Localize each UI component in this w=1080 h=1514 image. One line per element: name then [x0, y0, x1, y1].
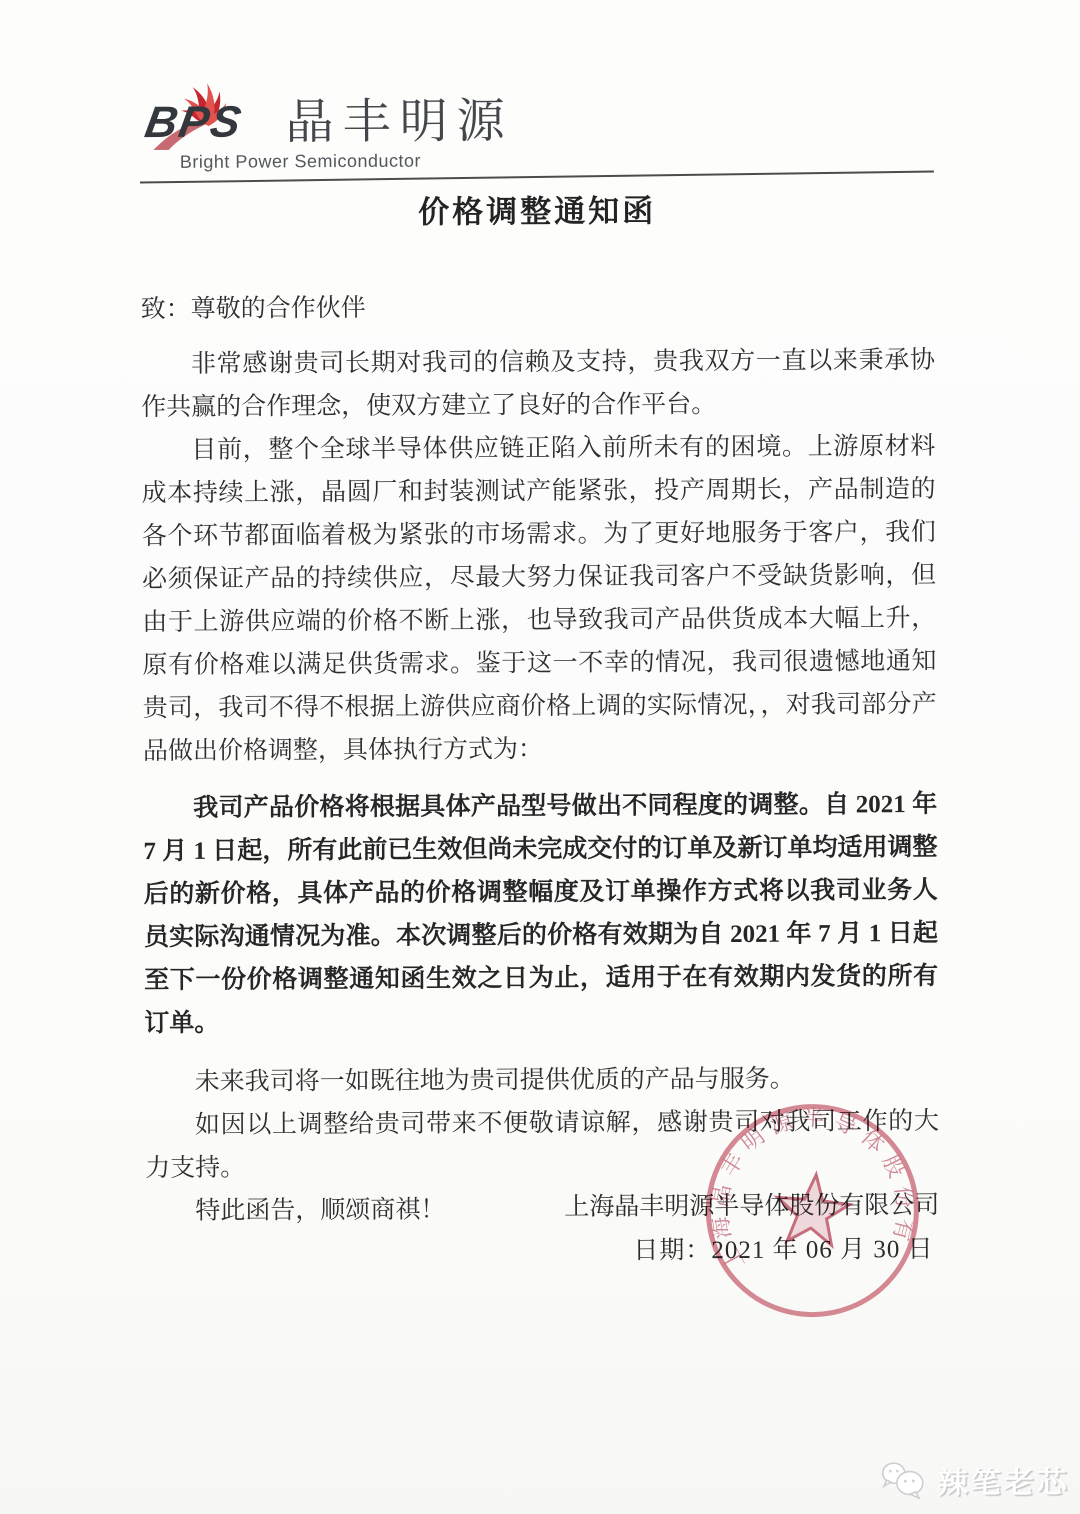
letter-page: BPS 晶丰明源 Bright Power Semiconductor 价格调整…: [0, 0, 1080, 1514]
brand-mark-bps: BPS: [141, 98, 246, 149]
company-seal: 上海晶丰明源半导体股份有限公司: [701, 1099, 924, 1322]
wechat-icon: [880, 1460, 928, 1500]
paragraph-thanks: 非常感谢贵司长期对我司的信赖及支持，贵我双方一直以来秉承协作共赢的合作理念，使双…: [141, 339, 935, 429]
watermark-text: 辣笔老芯: [938, 1457, 1070, 1502]
letterhead: BPS 晶丰明源 Bright Power Semiconductor: [139, 56, 934, 184]
salutation: 致：尊敬的合作伙伴: [141, 284, 935, 331]
brand-name-chinese: 晶丰明源: [285, 82, 513, 152]
letter-body: 价格调整通知函 致：尊敬的合作伙伴 非常感谢贵司长期对我司的信赖及支持，贵我双方…: [140, 184, 939, 1233]
star-icon: [773, 1171, 852, 1247]
document: BPS 晶丰明源 Bright Power Semiconductor 价格调整…: [0, 0, 1080, 1514]
watermark: 辣笔老芯: [880, 1457, 1070, 1502]
closing-line: 未来我司将一如既往地为贵司提供优质的产品与服务。: [145, 1057, 939, 1104]
paragraph-situation: 目前，整个全球半导体供应链正陷入前所未有的困境。上游原材料成本持续上涨，晶圆厂和…: [141, 425, 937, 773]
brand-name-english: Bright Power Semiconductor: [180, 151, 421, 173]
paragraph-adjustment-terms: 我司产品价格将根据具体产品型号做出不同程度的调整。自 2021 年 7 月 1 …: [143, 783, 938, 1045]
letter-title: 价格调整通知函: [140, 184, 934, 233]
